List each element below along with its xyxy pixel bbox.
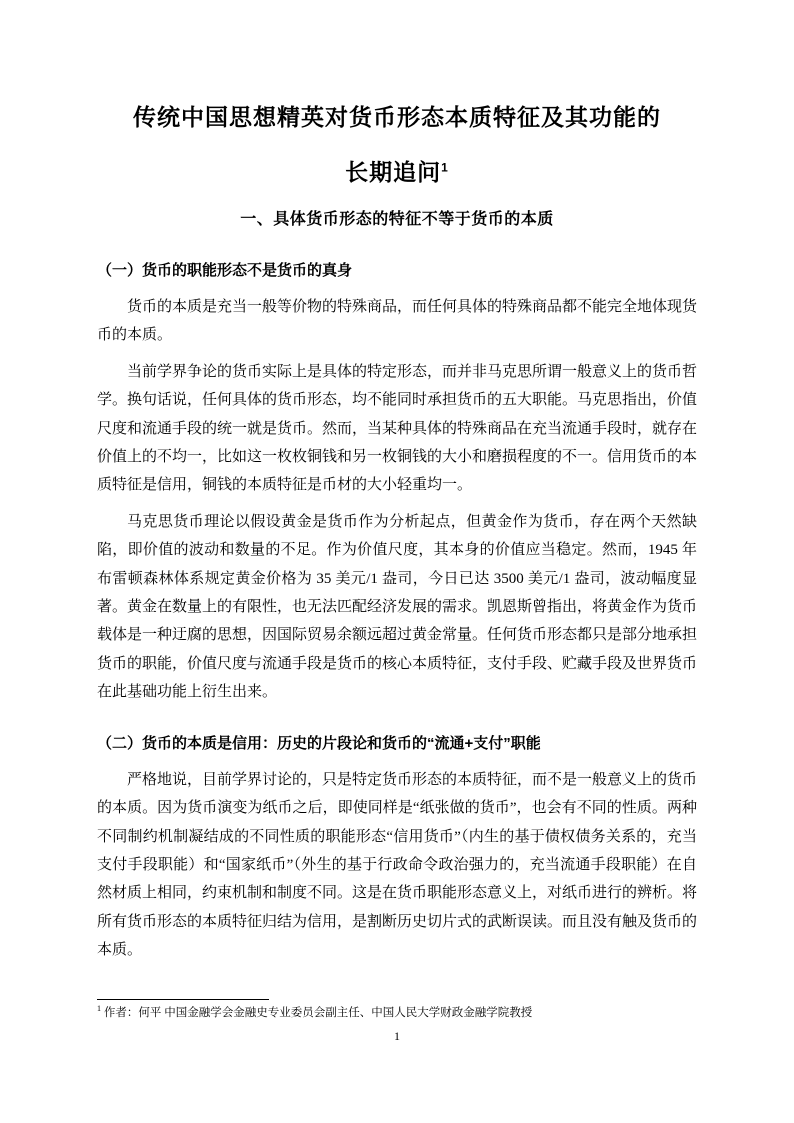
title-footnote-reference: 1: [441, 160, 449, 174]
paragraph-4: 严格地说，目前学界讨论的，只是特定货币形态的本质特征，而不是一般意义上的货币的本…: [97, 766, 697, 965]
paragraph-3: 马克思货币理论以假设黄金是货币作为分析起点，但黄金作为货币，存在两个天然缺陷，即…: [97, 508, 697, 707]
paragraph-1: 货币的本质是充当一般等价物的特殊商品，而任何具体的特殊商品都不能完全地体现货币的…: [97, 293, 697, 350]
title-line-2: 长期追问: [345, 159, 441, 185]
footnote-content: 作者：何平 中国金融学会金融史专业委员会副主任、中国人民大学财政金融学院教授: [104, 1007, 532, 1019]
footnote: 1 作者：何平 中国金融学会金融史专业委员会副主任、中国人民大学财政金融学院教授: [97, 1005, 697, 1022]
subsection-1-heading: （一）货币的职能形态不是货币的真身: [97, 257, 697, 285]
title-line-1: 传统中国思想精英对货币形态本质特征及其功能的: [133, 104, 661, 130]
section-1-heading: 一、具体货币形态的特征不等于货币的本质: [97, 206, 697, 234]
footnote-marker: 1: [97, 1004, 101, 1013]
subsection-2-heading: （二）货币的本质是信用：历史的片段论和货币的“流通+支付”职能: [97, 730, 697, 758]
document-title: 传统中国思想精英对货币形态本质特征及其功能的长期追问1: [97, 90, 697, 200]
document-page: 传统中国思想精英对货币形态本质特征及其功能的长期追问1 一、具体货币形态的特征不…: [0, 0, 794, 1123]
paragraph-2: 当前学界争论的货币实际上是具体的特定形态，而并非马克思所谓一般意义上的货币哲学。…: [97, 358, 697, 500]
page-content: 传统中国思想精英对货币形态本质特征及其功能的长期追问1 一、具体货币形态的特征不…: [97, 90, 697, 965]
footnote-area: 1 作者：何平 中国金融学会金融史专业委员会副主任、中国人民大学财政金融学院教授: [97, 999, 697, 1022]
page-number: 1: [0, 1029, 794, 1044]
footnote-separator-line: [97, 999, 269, 1000]
